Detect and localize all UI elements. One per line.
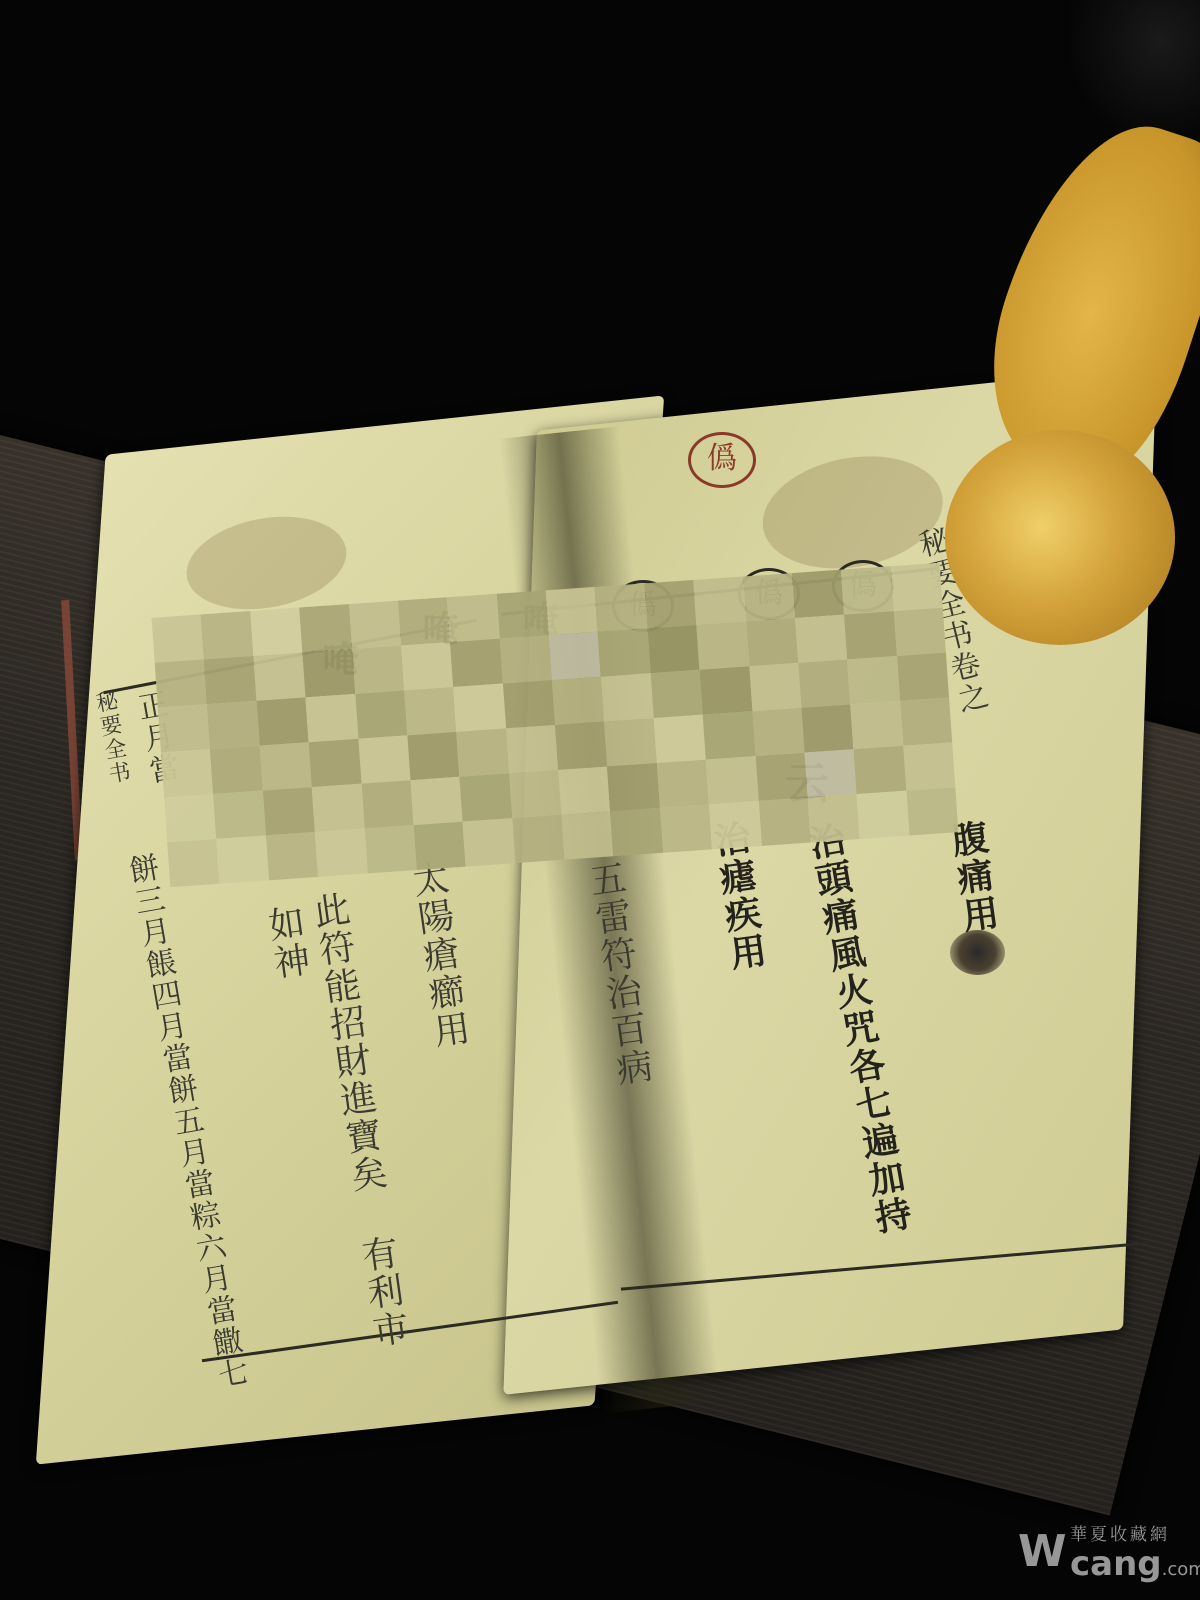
watermark-domain-main: cang bbox=[1070, 1544, 1162, 1584]
watermark: W 華夏收藏網 cang.com bbox=[1018, 1520, 1188, 1590]
red-seal-stamp: 僞 bbox=[688, 432, 756, 488]
watermark-chinese-text: 華夏收藏網 bbox=[1070, 1520, 1170, 1545]
pixelated-mosaic bbox=[152, 563, 959, 887]
watermark-domain-suffix: .com bbox=[1162, 1559, 1200, 1580]
text-column: 如神 bbox=[263, 903, 309, 983]
black-cloth-fold bbox=[1070, 0, 1200, 140]
burn-mark bbox=[950, 930, 1005, 975]
gourd-body bbox=[945, 430, 1175, 645]
watermark-domain: cang.com bbox=[1070, 1544, 1200, 1584]
watermark-logo-icon: W bbox=[1018, 1524, 1062, 1580]
water-stain bbox=[183, 509, 349, 617]
